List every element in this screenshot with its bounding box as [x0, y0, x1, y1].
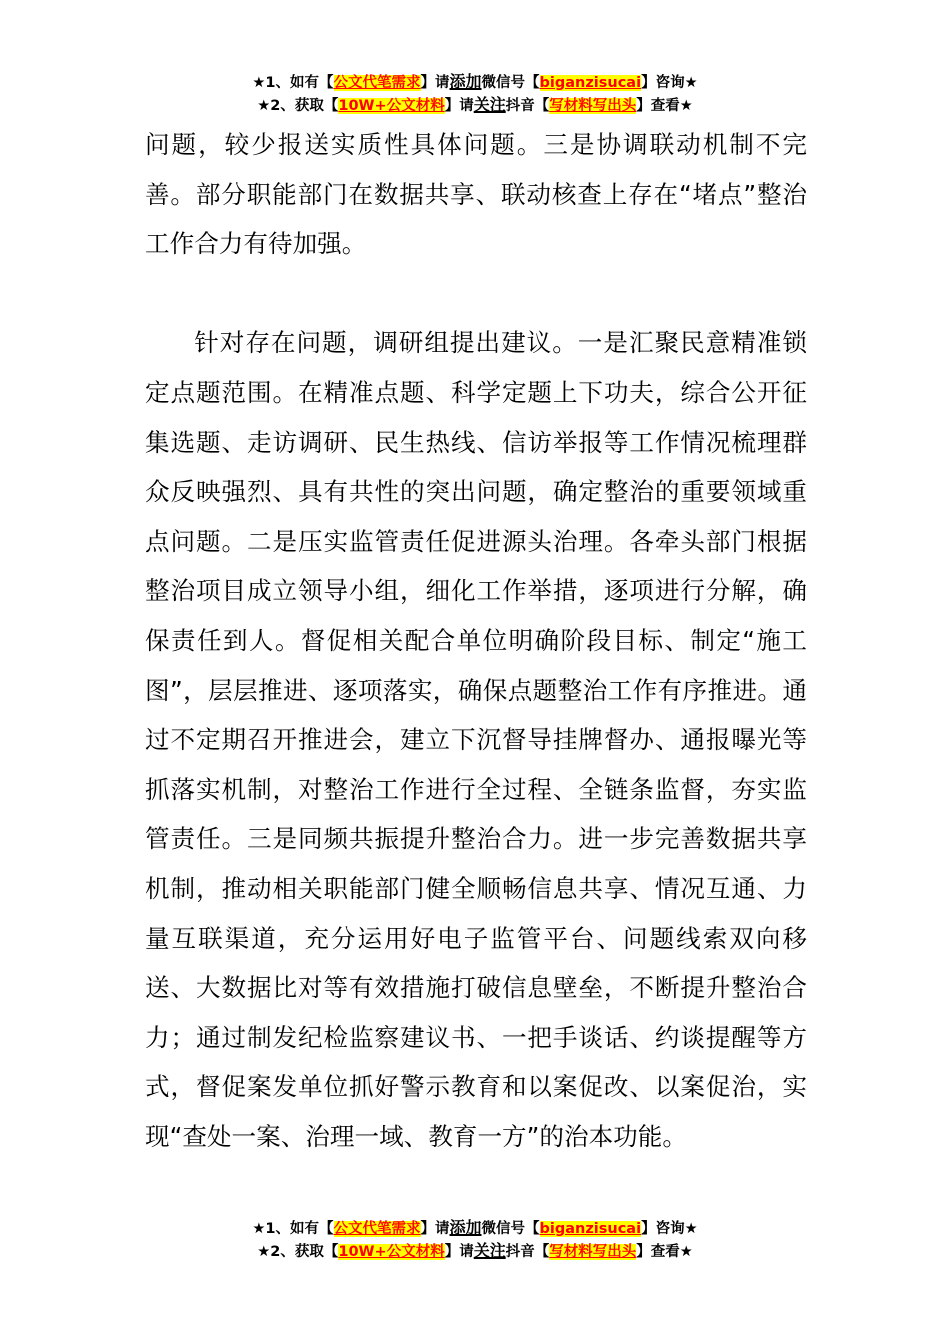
banner-wechat-id: biganzisucai	[540, 1221, 642, 1237]
banner-text: 抖音【	[506, 98, 550, 114]
paragraph-gap	[145, 269, 807, 319]
header-banner-line-1: ★1、如有【公文代笔需求】请添加微信号【biganzisucai】咨询★	[0, 71, 950, 94]
banner-text: 】请	[421, 1221, 450, 1237]
footer-banner-line-2: ★2、获取【10W+公文材料】请关注抖音【写材料写出头】查看★	[0, 1240, 950, 1263]
banner-text: 】查看★	[636, 98, 693, 114]
banner-douyin-id: 写材料写出头	[549, 98, 636, 114]
document-body: 问题，较少报送实质性具体问题。三是协调联动机制不完善。部分职能部门在数据共享、联…	[145, 120, 807, 1161]
paragraph-continued: 问题，较少报送实质性具体问题。三是协调联动机制不完善。部分职能部门在数据共享、联…	[145, 120, 807, 269]
banner-text: 】请	[421, 75, 450, 91]
banner-underlined: 添加	[450, 1218, 482, 1237]
banner-text: 微信号【	[482, 75, 540, 91]
paragraph-recommendations: 针对存在问题，调研组提出建议。一是汇聚民意精准锁定点题范围。在精准点题、科学定题…	[145, 318, 807, 1161]
banner-text: ★1、如有【	[252, 1221, 333, 1237]
banner-text: 】咨询★	[641, 1221, 698, 1237]
banner-highlight: 公文代笔需求	[334, 1221, 421, 1237]
banner-text: 】查看★	[636, 1244, 693, 1260]
banner-text: 】请	[445, 98, 474, 114]
banner-text: ★2、获取【	[257, 98, 338, 114]
footer-banner-line-1: ★1、如有【公文代笔需求】请添加微信号【biganzisucai】咨询★	[0, 1217, 950, 1240]
footer-banner: ★1、如有【公文代笔需求】请添加微信号【biganzisucai】咨询★ ★2、…	[0, 1217, 950, 1263]
banner-text: 】请	[445, 1244, 474, 1260]
banner-wechat-id: biganzisucai	[540, 75, 642, 91]
banner-text: 】咨询★	[641, 75, 698, 91]
banner-highlight: 公文代笔需求	[334, 75, 421, 91]
banner-underlined: 关注	[474, 1241, 506, 1260]
header-banner-line-2: ★2、获取【10W+公文材料】请关注抖音【写材料写出头】查看★	[0, 94, 950, 117]
banner-highlight: 10W+公文材料	[338, 98, 444, 114]
banner-text: ★1、如有【	[252, 75, 333, 91]
banner-text: ★2、获取【	[257, 1244, 338, 1260]
banner-underlined: 关注	[474, 95, 506, 114]
banner-text: 抖音【	[506, 1244, 550, 1260]
header-banner: ★1、如有【公文代笔需求】请添加微信号【biganzisucai】咨询★ ★2、…	[0, 71, 950, 117]
banner-douyin-id: 写材料写出头	[549, 1244, 636, 1260]
banner-underlined: 添加	[450, 72, 482, 91]
banner-highlight: 10W+公文材料	[338, 1244, 444, 1260]
banner-text: 微信号【	[482, 1221, 540, 1237]
